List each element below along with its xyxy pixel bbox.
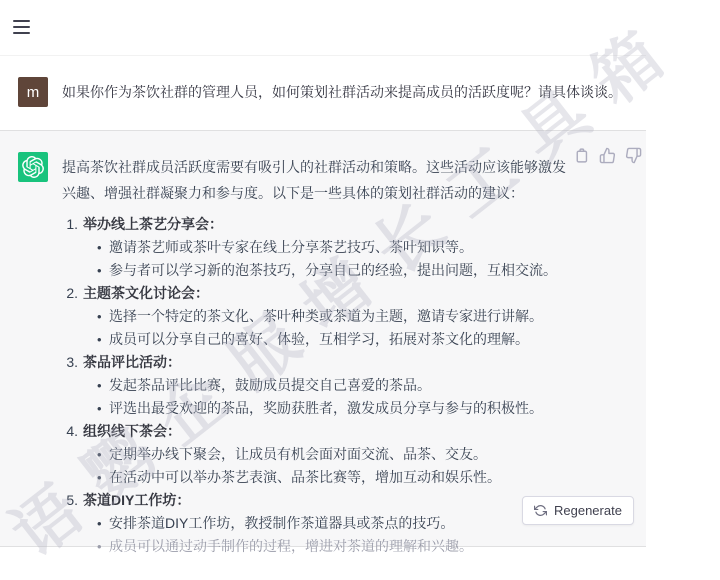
chat-column: m 如果你作为茶饮社群的管理人员，如何策划社群活动来提高成员的活跃度呢？请具体谈…	[0, 0, 646, 547]
list-item-title: 茶品评比活动：	[83, 351, 181, 374]
assistant-message-row: 提高茶饮社群成员活跃度需要有吸引人的社群活动和策略。这些活动应该能够激发兴趣、增…	[0, 130, 646, 547]
list-item-number: 2.	[62, 282, 78, 305]
assistant-message-body: 提高茶饮社群成员活跃度需要有吸引人的社群活动和策略。这些活动应该能够激发兴趣、增…	[62, 152, 584, 525]
refresh-icon	[534, 504, 547, 517]
list-item-title: 主题茶文化讨论会：	[83, 282, 209, 305]
user-avatar: m	[18, 77, 48, 107]
user-message-row: m 如果你作为茶饮社群的管理人员，如何策划社群活动来提高成员的活跃度呢？请具体谈…	[0, 55, 646, 130]
list-item-bullet: 安排茶道DIY工作坊，教授制作茶道器具或茶点的技巧。	[81, 512, 584, 535]
list-item: 4. 组织线下茶会： 定期举办线下聚会，让成员有机会面对面交流、品茶、交友。 在…	[62, 420, 584, 489]
list-item-bullet: 评选出最受欢迎的茶品，奖励获胜者，激发成员分享与参与的积极性。	[81, 397, 584, 420]
list-item-title: 举办线上茶艺分享会：	[83, 213, 223, 236]
list-item-bullet: 在活动中可以举办茶艺表演、品茶比赛等，增加互动和娱乐性。	[81, 466, 584, 489]
user-message-text: 如果你作为茶饮社群的管理人员，如何策划社群活动来提高成员的活跃度呢？请具体谈谈。	[62, 77, 622, 109]
assistant-avatar	[18, 152, 48, 182]
list-item: 5. 茶道DIY工作坊： 安排茶道DIY工作坊，教授制作茶道器具或茶点的技巧。 …	[62, 489, 584, 558]
list-item-bullet: 定期举办线下聚会，让成员有机会面对面交流、品茶、交友。	[81, 443, 584, 466]
list-item-bullet: 选择一个特定的茶文化、茶叶种类或茶道为主题，邀请专家进行讲解。	[81, 305, 584, 328]
list-item-bullet: 成员可以通过动手制作的过程，增进对茶道的理解和兴趣。	[81, 535, 584, 558]
list-item-bullet: 参与者可以学习新的泡茶技巧，分享自己的经验，提出问题，互相交流。	[81, 259, 584, 282]
list-item-bullet: 邀请茶艺师或茶叶专家在线上分享茶艺技巧、茶叶知识等。	[81, 236, 584, 259]
list-item: 3. 茶品评比活动： 发起茶品评比比赛，鼓励成员提交自己喜爱的茶品。 评选出最受…	[62, 351, 584, 420]
copy-icon[interactable]	[573, 147, 590, 164]
list-item-title: 组织线下茶会：	[83, 420, 181, 443]
message-action-bar	[573, 147, 642, 164]
top-bar	[0, 0, 646, 55]
list-item-bullet: 发起茶品评比比赛，鼓励成员提交自己喜爱的茶品。	[81, 374, 584, 397]
list-item-number: 1.	[62, 213, 78, 236]
list-item-number: 5.	[62, 489, 78, 512]
list-item: 2. 主题茶文化讨论会： 选择一个特定的茶文化、茶叶种类或茶道为主题，邀请专家进…	[62, 282, 584, 351]
list-item: 1. 举办线上茶艺分享会： 邀请茶艺师或茶叶专家在线上分享茶艺技巧、茶叶知识等。…	[62, 213, 584, 282]
hamburger-menu-icon[interactable]	[13, 16, 35, 38]
list-item-bullet: 成员可以分享自己的喜好、体验，互相学习，拓展对茶文化的理解。	[81, 328, 584, 351]
thumbs-up-icon[interactable]	[599, 147, 616, 164]
thumbs-down-icon[interactable]	[625, 147, 642, 164]
app-window: m 如果你作为茶饮社群的管理人员，如何策划社群活动来提高成员的活跃度呢？请具体谈…	[0, 0, 720, 580]
suggestion-list: 1. 举办线上茶艺分享会： 邀请茶艺师或茶叶专家在线上分享茶艺技巧、茶叶知识等。…	[62, 213, 584, 558]
assistant-intro-text: 提高茶饮社群成员活跃度需要有吸引人的社群活动和策略。这些活动应该能够激发兴趣、增…	[62, 154, 578, 206]
openai-logo-icon	[22, 156, 44, 178]
list-item-title: 茶道DIY工作坊：	[83, 489, 190, 512]
regenerate-button[interactable]: Regenerate	[522, 496, 634, 525]
list-item-number: 3.	[62, 351, 78, 374]
list-item-number: 4.	[62, 420, 78, 443]
user-avatar-initial: m	[27, 84, 40, 101]
regenerate-label: Regenerate	[554, 503, 622, 518]
